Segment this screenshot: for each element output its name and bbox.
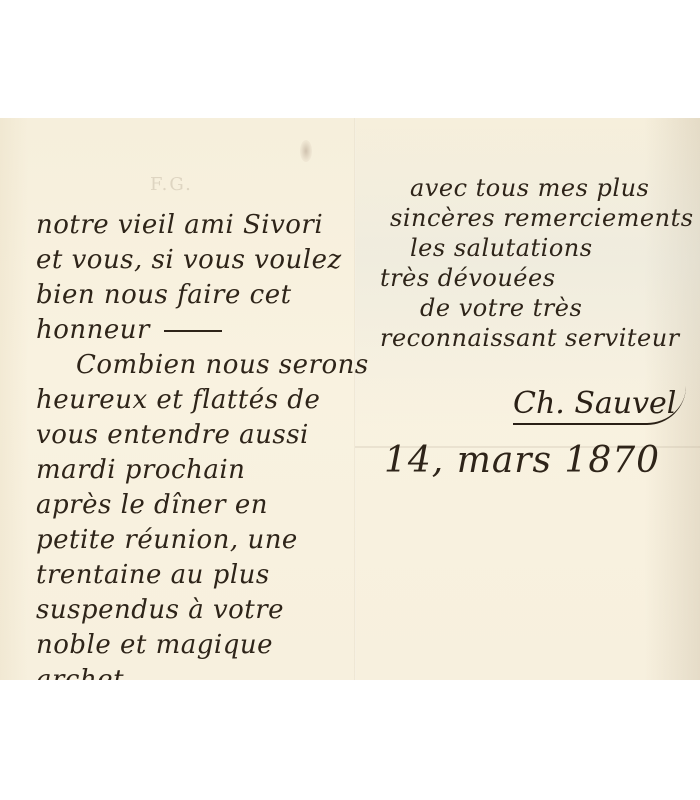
handwritten-line-with-rule: honneur [36, 313, 369, 348]
handwritten-line: avec tous mes plus [380, 173, 694, 203]
handwritten-word: archet [36, 665, 124, 680]
handwritten-line: heureux et flattés de [36, 383, 369, 418]
paper-stain [300, 140, 312, 162]
handwritten-line: petite réunion, une [36, 523, 369, 558]
left-page-text: notre vieil ami Sivori et vous, si vous … [36, 208, 369, 680]
handwritten-line: et vous, si vous voulez [36, 243, 369, 278]
handwritten-line: les salutations [380, 233, 694, 263]
handwritten-line: sincères remerciements [380, 203, 694, 233]
letter-date: 14, mars 1870 [384, 440, 660, 481]
handwritten-line: reconnaissant serviteur [380, 323, 694, 353]
handwritten-line: vous entendre aussi [36, 418, 369, 453]
signature: Ch. Sauvel [513, 386, 686, 425]
letter-paper: F.G. notre vieil ami Sivori et vous, si … [0, 118, 700, 680]
handwritten-line: Combien nous serons [36, 348, 369, 383]
handwritten-line: notre vieil ami Sivori [36, 208, 369, 243]
handwritten-word: honneur [36, 315, 150, 345]
right-page-text: avec tous mes plus sincères remerciement… [380, 173, 694, 353]
handwritten-line: bien nous faire cet [36, 278, 369, 313]
handwritten-line: trentaine au plus [36, 558, 369, 593]
handwritten-line: de votre très [380, 293, 694, 323]
handwritten-line: suspendus à votre [36, 593, 369, 628]
embossed-mark: F.G. [150, 174, 193, 195]
handwritten-line: après le dîner en [36, 488, 369, 523]
handwritten-line: mardi prochain [36, 453, 369, 488]
underline-dash [164, 330, 222, 332]
handwritten-line: très dévouées [380, 263, 694, 293]
handwritten-line: noble et magique [36, 628, 369, 663]
handwritten-line-with-rule: archet [36, 663, 369, 680]
